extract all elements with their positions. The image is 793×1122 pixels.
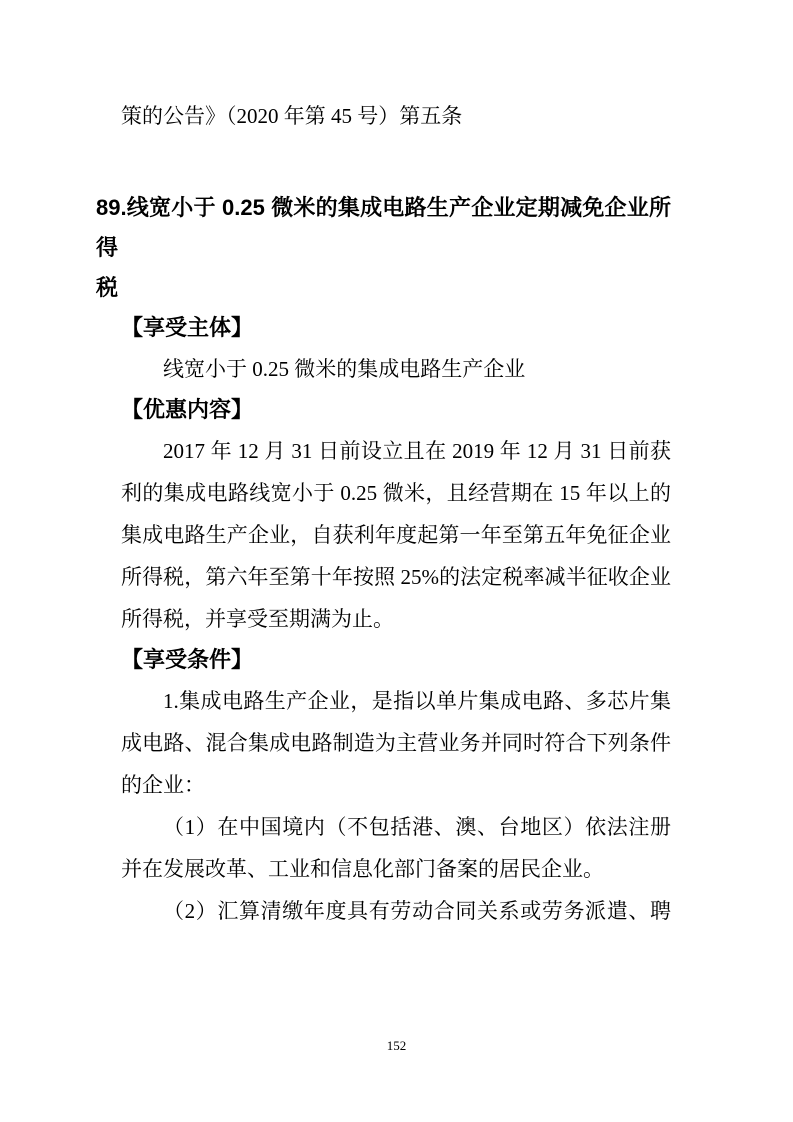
paragraph-line: 线宽小于 0.25 微米的集成电路生产企业 (121, 348, 671, 390)
paragraph-line: 策的公告》（2020 年第 45 号）第五条 (121, 95, 671, 137)
paragraph-line: 所得税，第六年至第十年按照 25%的法定税率减半征收企业 (121, 556, 671, 598)
paragraph-line: （2）汇算清缴年度具有劳动合同关系或劳务派遣、聘 (121, 890, 671, 932)
paragraph-continuation: 策的公告》（2020 年第 45 号）第五条 (121, 95, 671, 137)
section-header-conditions: 【享受条件】 (121, 640, 671, 680)
paragraph-line: 2017 年 12 月 31 日前设立且在 2019 年 12 月 31 日前获 (121, 430, 671, 472)
paragraph-policy-content: 2017 年 12 月 31 日前设立且在 2019 年 12 月 31 日前获… (121, 430, 671, 640)
page-number: 152 (0, 1036, 793, 1056)
paragraph-condition-1-2: （2）汇算清缴年度具有劳动合同关系或劳务派遣、聘 (121, 890, 671, 932)
paragraph-condition-1: 1.集成电路生产企业，是指以单片集成电路、多芯片集 成电路、混合集成电路制造为主… (121, 680, 671, 806)
item-heading: 89.线宽小于 0.25 微米的集成电路生产企业定期减免企业所得 税 (96, 188, 671, 308)
paragraph-line: 集成电路生产企业，自获利年度起第一年至第五年免征企业 (121, 514, 671, 556)
paragraph-condition-1-1: （1）在中国境内（不包括港、澳、台地区）依法注册 并在发展改革、工业和信息化部门… (121, 806, 671, 890)
paragraph-line: 的企业： (121, 764, 671, 806)
paragraph-line: 利的集成电路线宽小于 0.25 微米，且经营期在 15 年以上的 (121, 472, 671, 514)
paragraph-line: 并在发展改革、工业和信息化部门备案的居民企业。 (121, 848, 671, 890)
paragraph-line: 1.集成电路生产企业，是指以单片集成电路、多芯片集 (121, 680, 671, 722)
page-content: 策的公告》（2020 年第 45 号）第五条 89.线宽小于 0.25 微米的集… (121, 95, 671, 932)
paragraph-line: （1）在中国境内（不包括港、澳、台地区）依法注册 (121, 806, 671, 848)
document-page: 策的公告》（2020 年第 45 号）第五条 89.线宽小于 0.25 微米的集… (0, 0, 793, 1122)
paragraph-beneficiary: 线宽小于 0.25 微米的集成电路生产企业 (121, 348, 671, 390)
heading-line: 税 (96, 268, 671, 308)
paragraph-line: 所得税，并享受至期满为止。 (121, 598, 671, 640)
heading-line: 89.线宽小于 0.25 微米的集成电路生产企业定期减免企业所得 (96, 188, 671, 268)
section-header-beneficiary: 【享受主体】 (121, 308, 671, 348)
paragraph-line: 成电路、混合集成电路制造为主营业务并同时符合下列条件 (121, 722, 671, 764)
section-header-policy-content: 【优惠内容】 (121, 390, 671, 430)
